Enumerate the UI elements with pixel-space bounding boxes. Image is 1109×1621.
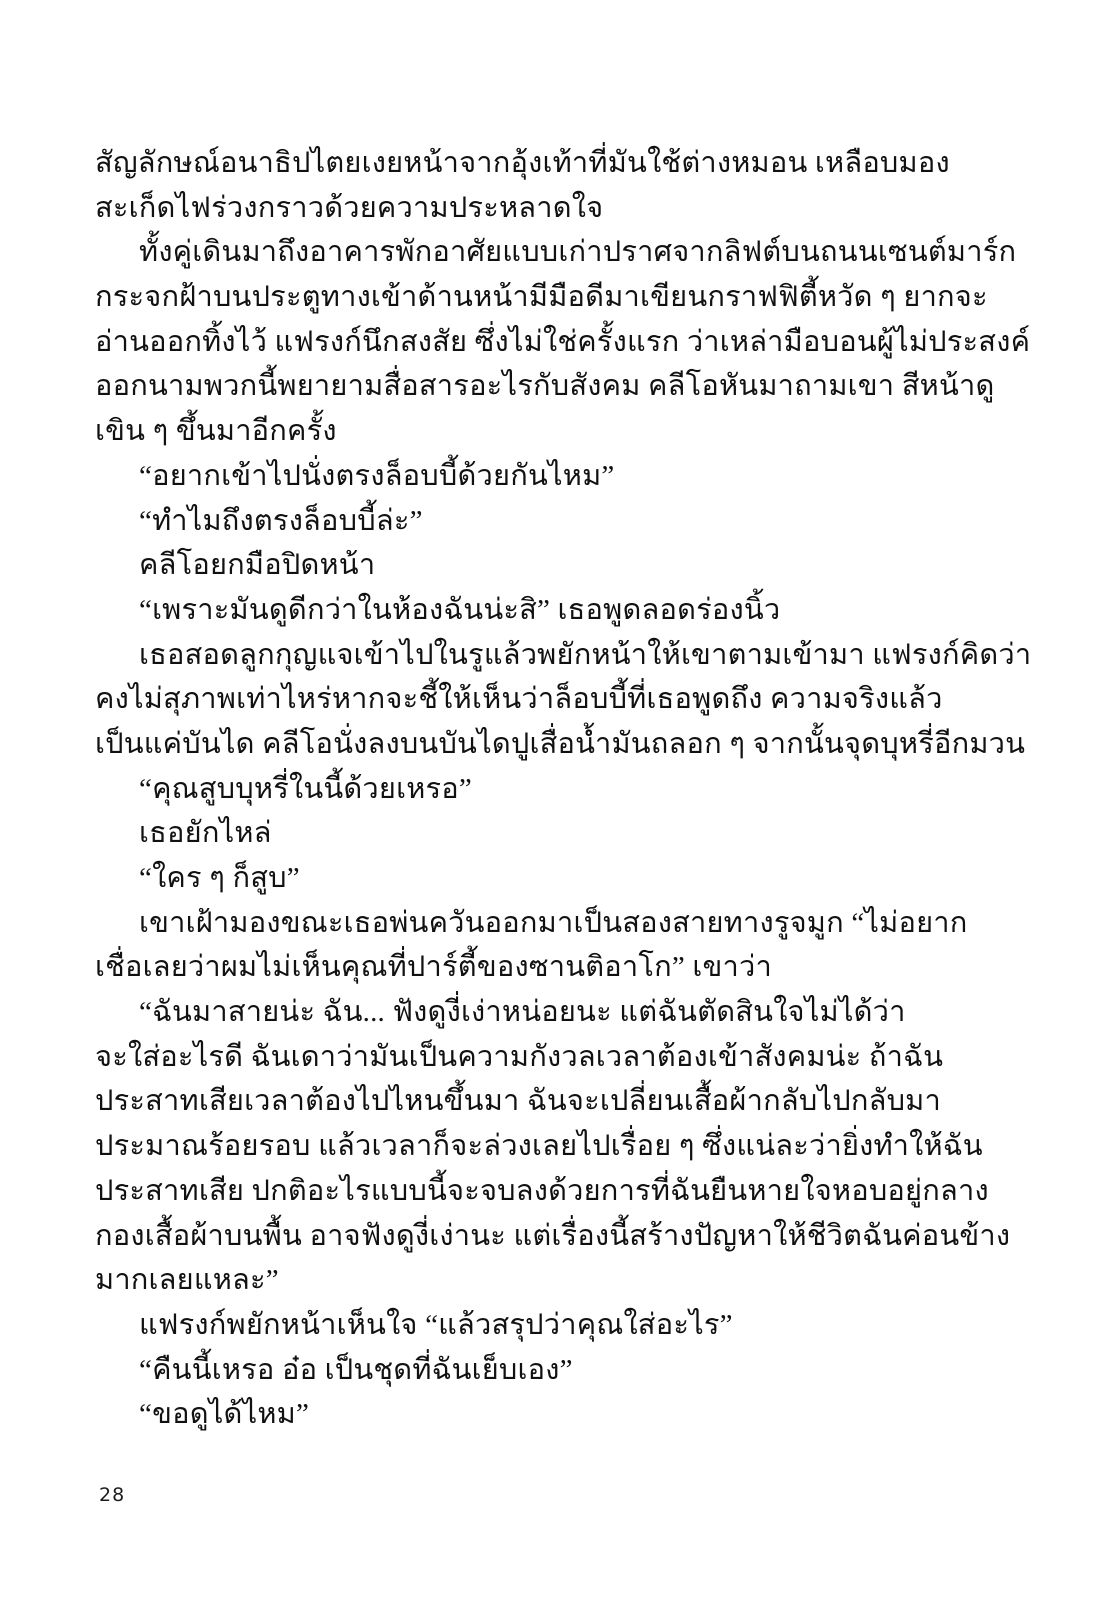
- text-line: “ขอดูได้ไหม”: [95, 1392, 1017, 1437]
- text-line: “ใคร ๆ ก็สูบ”: [95, 856, 1017, 901]
- text-line: สะเก็ดไฟร่วงกราวด้วยความประหลาดใจ: [95, 186, 1017, 231]
- text-line: กองเสื้อผ้าบนพื้น อาจฟังดูงี่เง่านะ แต่เ…: [95, 1214, 1017, 1259]
- text-line: คลีโอยกมือปิดหน้า: [95, 543, 1017, 588]
- text-line: ทั้งคู่เดินมาถึงอาคารพักอาศัยแบบเก่าปราศ…: [95, 230, 1017, 275]
- text-line: ประสาทเสีย ปกติอะไรแบบนี้จะจบลงด้วยการที…: [95, 1169, 1017, 1214]
- book-page: สัญลักษณ์อนาธิปไตยเงยหน้าจากอุ้งเท้าที่ม…: [0, 0, 1109, 1621]
- text-line: เป็นแค่บันได คลีโอนั่งลงบนบันไดปูเสื่อน้…: [95, 722, 1017, 767]
- text-line: “เพราะมันดูดีกว่าในห้องฉันน่ะสิ” เธอพูดล…: [95, 588, 1017, 633]
- text-line: ออกนามพวกนี้พยายามสื่อสารอะไรกับสังคม คล…: [95, 364, 1017, 409]
- text-line: “ฉันมาสายน่ะ ฉัน... ฟังดูงี่เง่าหน่อยนะ …: [95, 990, 1017, 1035]
- text-line: เขิน ๆ ขึ้นมาอีกครั้ง: [95, 409, 1017, 454]
- text-line: “คืนนี้เหรอ อ๋อ เป็นชุดที่ฉันเย็บเอง”: [95, 1348, 1017, 1393]
- text-line: “อยากเข้าไปนั่งตรงล็อบบี้ด้วยกันไหม”: [95, 454, 1017, 499]
- body-text: สัญลักษณ์อนาธิปไตยเงยหน้าจากอุ้งเท้าที่ม…: [95, 141, 1017, 1437]
- text-line: แฟรงก์พยักหน้าเห็นใจ “แล้วสรุปว่าคุณใส่อ…: [95, 1303, 1017, 1348]
- text-line: อ่านออกทิ้งไว้ แฟรงก์นึกสงสัย ซึ่งไม่ใช่…: [95, 320, 1017, 365]
- text-line: จะใส่อะไรดี ฉันเดาว่ามันเป็นความกังวลเวล…: [95, 1035, 1017, 1080]
- page-number: 28: [99, 1484, 125, 1506]
- text-line: “ทำไมถึงตรงล็อบบี้ล่ะ”: [95, 499, 1017, 544]
- text-line: เชื่อเลยว่าผมไม่เห็นคุณที่ปาร์ตี้ของซานต…: [95, 945, 1017, 990]
- text-line: “คุณสูบบุหรี่ในนี้ด้วยเหรอ”: [95, 767, 1017, 812]
- text-line: คงไม่สุภาพเท่าไหร่หากจะชี้ให้เห็นว่าล็อบ…: [95, 677, 1017, 722]
- text-line: ประสาทเสียเวลาต้องไปไหนขึ้นมา ฉันจะเปลี่…: [95, 1079, 1017, 1124]
- text-line: เธอสอดลูกกุญแจเข้าไปในรูแล้วพยักหน้าให้เ…: [95, 633, 1017, 678]
- text-line: เขาเฝ้ามองขณะเธอพ่นควันออกมาเป็นสองสายทา…: [95, 901, 1017, 946]
- text-line: มากเลยแหละ”: [95, 1258, 1017, 1303]
- text-line: สัญลักษณ์อนาธิปไตยเงยหน้าจากอุ้งเท้าที่ม…: [95, 141, 1017, 186]
- text-line: กระจกฝ้าบนประตูทางเข้าด้านหน้ามีมือดีมาเ…: [95, 275, 1017, 320]
- text-line: เธอยักไหล่: [95, 811, 1017, 856]
- text-line: ประมาณร้อยรอบ แล้วเวลาก็จะล่วงเลยไปเรื่อ…: [95, 1124, 1017, 1169]
